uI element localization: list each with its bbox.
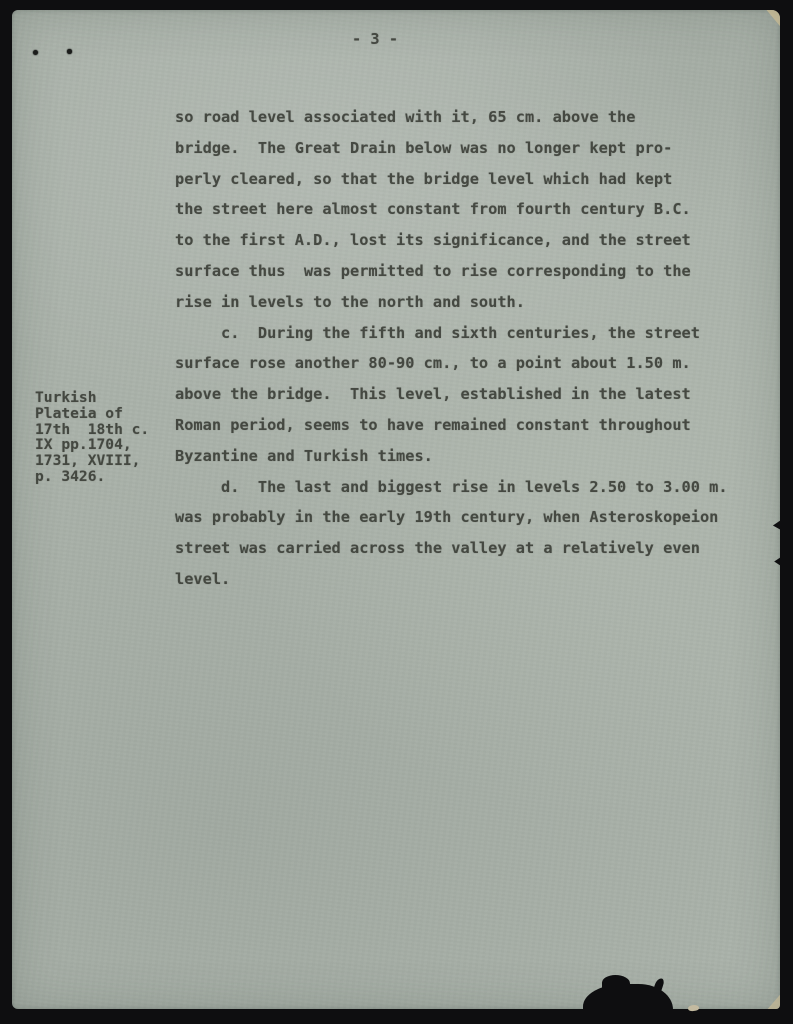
typewritten-line: surface rose another 80-90 cm., to a poi… xyxy=(175,348,755,379)
typewritten-line: Byzantine and Turkish times. xyxy=(175,441,755,472)
typewritten-line: d. The last and biggest rise in levels 2… xyxy=(175,472,755,503)
scan-background: - 3 - so road level associated with it, … xyxy=(0,0,793,1024)
marginal-note-line: IX pp.1704, xyxy=(35,437,175,453)
typewritten-line: to the first A.D., lost its significance… xyxy=(175,225,755,256)
marginal-note-line: Plateia of xyxy=(35,406,175,422)
marginal-note-line: Turkish xyxy=(35,390,175,406)
typewritten-line: street was carried across the valley at … xyxy=(175,533,755,564)
typewritten-line: perly cleared, so that the bridge level … xyxy=(175,164,755,195)
typewritten-line: c. During the fifth and sixth centuries,… xyxy=(175,318,755,349)
punch-hole-dot xyxy=(33,50,38,55)
typewritten-line: rise in levels to the north and south. xyxy=(175,287,755,318)
paper-speck xyxy=(688,1004,700,1011)
marginal-note-line: 1731, XVIII, xyxy=(35,453,175,469)
marginal-note: TurkishPlateia of17th 18th c.IX pp.1704,… xyxy=(35,390,175,485)
corner-fold xyxy=(767,994,780,1009)
typewritten-line: surface thus was permitted to rise corre… xyxy=(175,256,755,287)
typewritten-line: level. xyxy=(175,564,755,595)
corner-fold xyxy=(765,10,780,27)
typewritten-line: Roman period, seems to have remained con… xyxy=(175,410,755,441)
typewritten-line: so road level associated with it, 65 cm.… xyxy=(175,102,755,133)
marginal-note-line: p. 3426. xyxy=(35,469,175,485)
typewritten-line: the street here almost constant from fou… xyxy=(175,194,755,225)
typewritten-line: was probably in the early 19th century, … xyxy=(175,502,755,533)
page-number: - 3 - xyxy=(352,31,398,47)
body-text: so road level associated with it, 65 cm.… xyxy=(175,102,755,595)
typewritten-line: above the bridge. This level, establishe… xyxy=(175,379,755,410)
tear-mark xyxy=(602,975,630,991)
paper-sheet: - 3 - so road level associated with it, … xyxy=(12,10,780,1009)
typewritten-line: bridge. The Great Drain below was no lon… xyxy=(175,133,755,164)
punch-hole-dot xyxy=(67,49,72,54)
marginal-note-line: 17th 18th c. xyxy=(35,422,175,438)
